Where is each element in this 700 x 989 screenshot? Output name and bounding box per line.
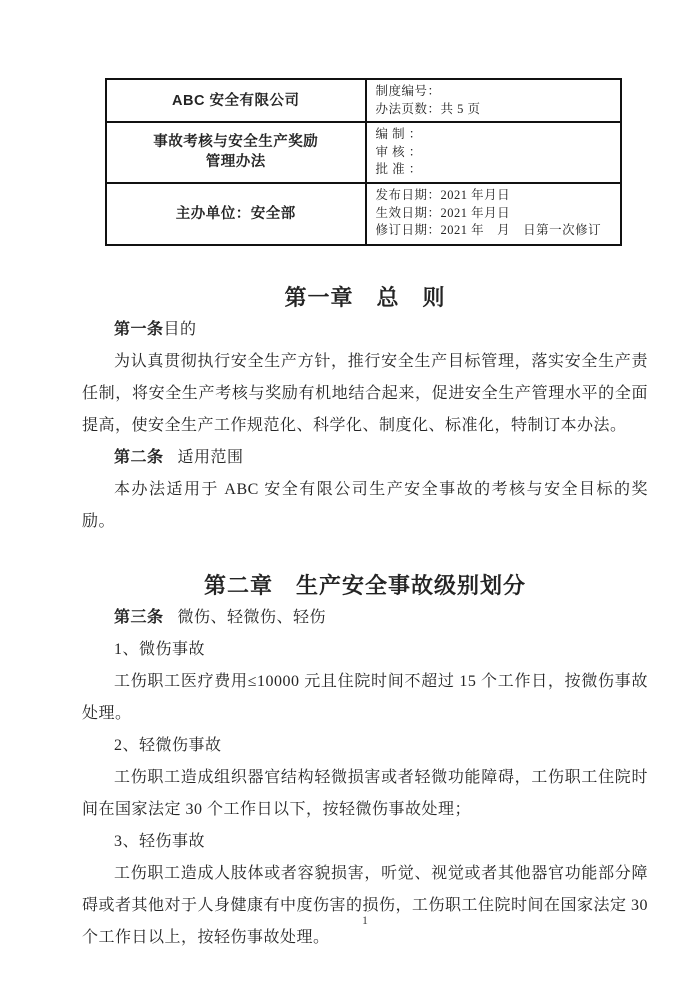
article3-title: 微伤、轻微伤、轻伤 [178,609,327,626]
chapter1-heading: 第一章 总 则 [82,282,648,314]
article3-line: 第三条微伤、轻微伤、轻伤 [82,602,648,634]
system-number-label: 制度编号： [376,83,617,101]
doc-title-line-2: 管理办法 [107,152,365,172]
revision-date: 修订日期：2021 年 月 日第一次修订 [376,222,617,240]
effective-date: 生效日期：2021 年月日 [376,205,617,223]
doc-number-pages-cell: 制度编号： 办法页数：共 5 页 [366,79,622,122]
doc-title-cell: 事故考核与安全生产奖励 管理办法 [106,122,366,183]
prepared-by-label: 编 制 ： [376,126,617,144]
injury-item2-title: 2、轻微伤事故 [82,730,648,762]
article2-paragraph: 本办法适用于 ABC 安全有限公司生产安全事故的考核与安全目标的奖励。 [82,474,648,538]
document-page: ABC 安全有限公司 制度编号： 办法页数：共 5 页 事故考核与安全生产奖励 … [0,0,700,989]
article1-title: 目的 [164,321,197,338]
article3-number: 第三条 [114,609,164,626]
reviewed-by-label: 审 核 ： [376,144,617,162]
chapter2-heading: 第二章 生产安全事故级别划分 [82,570,648,602]
injury-item3-description: 工伤职工造成人肢体或者容貌损害，听觉、视觉或者其他器官功能部分障碍或者其他对于人… [82,858,648,954]
header-table-row-3: 主办单位：安全部 发布日期：2021 年月日 生效日期：2021 年月日 修订日… [106,183,621,245]
pages-count-label: 办法页数：共 5 页 [376,101,617,119]
document-body: 第一章 总 则 第一条目的 为认真贯彻执行安全生产方针，推行安全生产目标管理，落… [82,270,648,954]
doc-title-line-1: 事故考核与安全生产奖励 [107,132,365,152]
document-header-table: ABC 安全有限公司 制度编号： 办法页数：共 5 页 事故考核与安全生产奖励 … [105,78,622,246]
host-unit: 主办单位：安全部 [107,204,365,224]
page-number: 1 [82,913,648,929]
header-table-row-2: 事故考核与安全生产奖励 管理办法 编 制 ： 审 核 ： 批 准 ： [106,122,621,183]
approval-signatures-cell: 编 制 ： 审 核 ： 批 准 ： [366,122,622,183]
company-name-cell: ABC 安全有限公司 [106,79,366,122]
dates-cell: 发布日期：2021 年月日 生效日期：2021 年月日 修订日期：2021 年 … [366,183,622,245]
injury-item1-title: 1、微伤事故 [82,634,648,666]
article2-number: 第二条 [114,449,164,466]
article2-line: 第二条适用范围 [82,442,648,474]
article2-title: 适用范围 [178,449,244,466]
approved-by-label: 批 准 ： [376,161,617,179]
company-name: ABC 安全有限公司 [107,91,365,111]
article1-line: 第一条目的 [82,314,648,346]
host-unit-cell: 主办单位：安全部 [106,183,366,245]
issue-date: 发布日期：2021 年月日 [376,187,617,205]
article1-paragraph: 为认真贯彻执行安全生产方针，推行安全生产目标管理，落实安全生产责任制，将安全生产… [82,346,648,442]
injury-item2-description: 工伤职工造成组织器官结构轻微损害或者轻微功能障碍，工伤职工住院时间在国家法定 3… [82,762,648,826]
injury-item3-title: 3、轻伤事故 [82,826,648,858]
injury-item1-description: 工伤职工医疗费用≤10000 元且住院时间不超过 15 个工作日，按微伤事故处理… [82,666,648,730]
article1-number: 第一条 [114,321,164,338]
header-table-row-1: ABC 安全有限公司 制度编号： 办法页数：共 5 页 [106,79,621,122]
